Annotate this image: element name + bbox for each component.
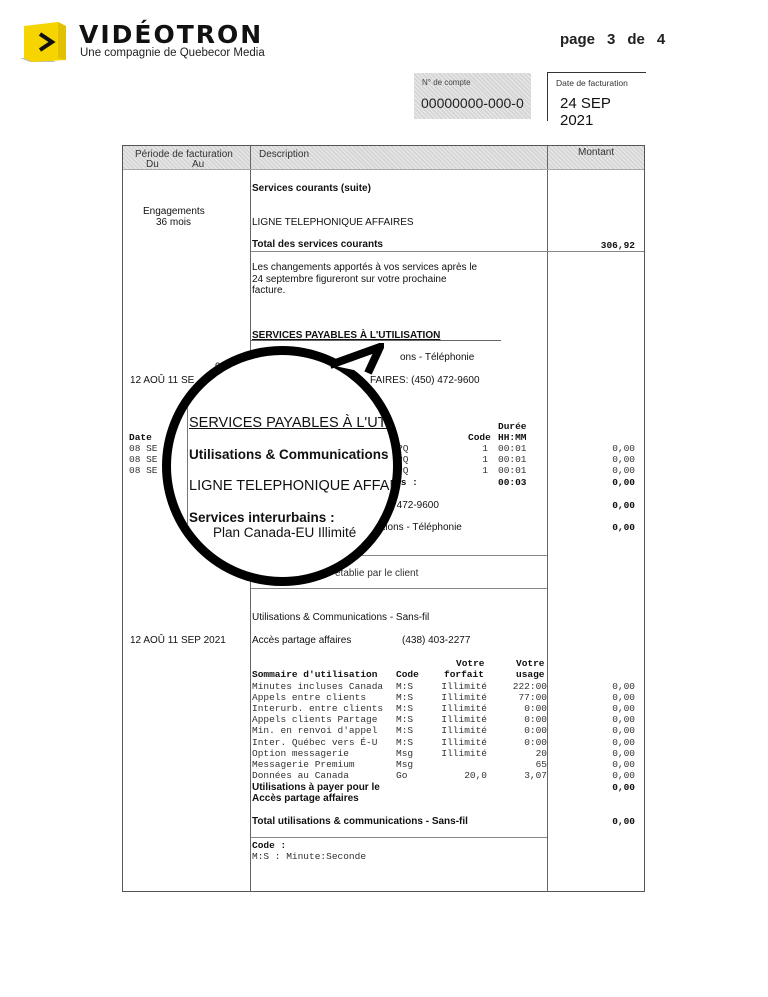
usage-row-usage: 0:00 [495,714,547,725]
current-services-total-amount: 306,92 [560,240,635,251]
col-summary: Sommaire d'utilisation [252,669,377,680]
usage-row-plan: Illimité [430,692,487,703]
telephony-title: ons - Téléphonie [400,352,474,363]
page-indicator: page3de4 [560,31,677,48]
wireless-title: Utilisations & Communications - Sans-fil [252,612,429,623]
usage-row-usage: 0:00 [495,703,547,714]
header-description: Description [259,149,309,160]
usage-row-plan: 20,0 [430,770,487,781]
call-duration: 00:01 [498,454,527,465]
usage-row-name: Option messagerie [252,748,349,759]
usage-row-usage: 0:00 [495,725,547,736]
billing-date-label: Date de facturation [556,78,628,88]
telephony-total-amount: 0,00 [560,522,635,533]
wireless-period: 12 AOÛ 11 SEP 2021 [130,635,226,646]
call-amount: 0,00 [560,454,635,465]
usage-row-amount: 0,00 [560,737,635,748]
account-number-label: N° de compte [422,78,471,87]
account-number-value: 00000000-000-0 [421,95,524,111]
payable-label-2: Accès partage affaires [252,793,359,804]
usage-row-plan: Illimité [430,748,487,759]
calls-total-amount: 0,00 [560,477,635,488]
usage-row-code: M:S [396,737,413,748]
usage-row-amount: 0,00 [560,714,635,725]
usage-row-code: M:S [396,725,413,736]
current-line-item: LIGNE TELEPHONIQUE AFFAIRES [252,217,414,228]
col-plan-2: forfait [444,669,484,680]
usage-row-plan: Illimité [430,737,487,748]
payable-amount: 0,00 [560,782,635,793]
row-divider [251,588,547,589]
magnified-column-divider [187,355,188,577]
magnified-heading: SERVICES PAYABLES À L'UTILIS [189,415,402,431]
page-word: page [560,31,595,48]
usage-row-amount: 0,00 [560,681,635,692]
usage-row-usage: 3,07 [495,770,547,781]
call-duration: 00:01 [498,465,527,476]
col-code: Code [396,669,419,680]
row-divider [251,251,644,252]
usage-row-name: Minutes incluses Canada [252,681,383,692]
callout-tail-icon [328,343,384,375]
page-current: 3 [607,31,615,48]
magnified-ld-label: Services interurbains : [189,510,335,525]
magnified-subheading: Utilisations & Communications - T [189,447,402,462]
usage-row-name: Interurb. entre clients [252,703,383,714]
col-date: Date [129,432,152,443]
usage-row-amount: 0,00 [560,692,635,703]
col-usage-2: usage [516,669,545,680]
header-from: Du [146,159,159,170]
col-duration-2: HH:MM [498,432,527,443]
call-date: 08 SE [129,454,158,465]
current-services-title: Services courants (suite) [252,183,371,194]
usage-row-amount: 0,00 [560,770,635,781]
heading-underline [251,340,501,341]
header-amount: Montant [578,147,614,158]
usage-row-name: Inter. Québec vers É-U [252,737,377,748]
usage-row-plan: Illimité [430,714,487,725]
call-code: 1 [468,443,488,454]
videotron-logo-icon [20,22,70,62]
usage-row-name: Min. en renvoi d'appel [252,725,377,736]
column-divider [547,146,548,892]
wireless-total-label: Total utilisations & communications - Sa… [252,816,468,827]
col-code: Code [468,432,491,443]
usage-row-code: M:S [396,714,413,725]
legend-title: Code : [252,840,286,851]
col-duration-1: Durée [498,421,527,432]
usage-row-plan: Illimité [430,703,487,714]
brand-name: VIDÉOTRON [79,20,263,49]
wireless-phone: (438) 403-2277 [402,635,470,646]
usage-row-amount: 0,00 [560,703,635,714]
page-of-word: de [627,31,645,48]
usage-row-plan: Illimité [430,725,487,736]
wireless-total-amount: 0,00 [560,816,635,827]
call-code: 1 [468,465,488,476]
commitment-label: Engagements [143,206,205,217]
usage-row-code: M:S [396,681,413,692]
usage-row-name: Appels clients Partage [252,714,377,725]
usage-row-code: Msg [396,748,413,759]
payable-label-1: Utilisations à payer pour le [252,782,380,793]
usage-row-usage: 0:00 [495,737,547,748]
call-duration: 00:01 [498,443,527,454]
call-amount: 0,00 [560,443,635,454]
notice-line-1: Les changements apportés à vos services … [252,262,477,273]
magnified-ld-plan: Plan Canada-EU Illimité [213,525,356,540]
call-code: 1 [468,454,488,465]
line-total-amount: 0,00 [560,500,635,511]
usage-row-name: Messagerie Premium [252,759,355,770]
usage-row-usage: 222:00 [495,681,547,692]
usage-row-code: Go [396,770,407,781]
commitment-term: 36 mois [156,217,191,228]
usage-row-usage: 65 [495,759,547,770]
legend-entry: M:S : Minute:Seconde [252,851,366,862]
notice-line-3: facture. [252,285,285,296]
usage-row-amount: 0,00 [560,725,635,736]
col-usage-1: Votre [516,658,545,669]
usage-row-amount: 0,00 [560,748,635,759]
usage-row-usage: 77:00 [495,692,547,703]
wireless-service-name: Accès partage affaires [252,635,351,646]
row-divider [251,837,547,838]
usage-row-amount: 0,00 [560,759,635,770]
call-date: 08 SE [129,443,158,454]
usage-row-code: M:S [396,703,413,714]
call-date: 08 SE [129,465,158,476]
calls-total-duration: 00:03 [498,477,527,488]
notice-line-2: 24 septembre figureront sur votre procha… [252,274,447,285]
usage-row-name: Données au Canada [252,770,349,781]
magnified-line: LIGNE TELEPHONIQUE AFFAIRES [189,478,402,494]
call-amount: 0,00 [560,465,635,476]
header-to: Au [192,159,204,170]
usage-row-plan: Illimité [430,681,487,692]
usage-row-code: Msg [396,759,413,770]
magnifier-callout: SERVICES PAYABLES À L'UTILIS Utilisation… [162,346,402,586]
usage-row-name: Appels entre clients [252,692,366,703]
usage-row-code: M:S [396,692,413,703]
usage-row-usage: 20 [495,748,547,759]
page-total: 4 [657,31,665,48]
col-plan-1: Votre [456,658,485,669]
current-services-total-label: Total des services courants [252,239,383,250]
billing-date-value: 24 SEP 2021 [560,95,646,129]
brand-tagline: Une compagnie de Quebecor Media [80,47,265,59]
billing-date-box: Date de facturation 24 SEP 2021 [547,72,646,121]
account-number-box: N° de compte 00000000-000-0 [414,73,531,119]
